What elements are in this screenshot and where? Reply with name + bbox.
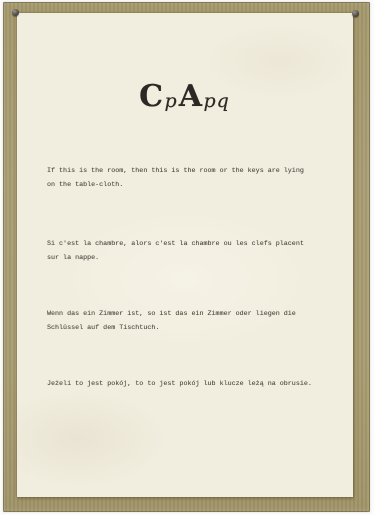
paragraph-german: Wenn das ein Zimmer ist, so ist das ein … bbox=[47, 307, 337, 335]
paragraph-german-line2: Schlüssel auf dem Tischtuch. bbox=[47, 321, 337, 335]
pin-top-right bbox=[352, 10, 359, 17]
title-letters-pq: pq bbox=[204, 90, 230, 112]
paragraph-english-line2: on the table-cloth. bbox=[47, 178, 337, 192]
pin-top-left bbox=[12, 9, 19, 16]
paragraph-french-line2: sur la nappe. bbox=[47, 251, 337, 265]
title-letter-p1: p bbox=[165, 90, 178, 112]
paragraph-english-line1: If this is the room, then this is the ro… bbox=[47, 164, 337, 178]
paragraph-french: Si c'est la chambre, alors c'est la cham… bbox=[47, 237, 337, 265]
paragraph-polish: Jeżeli to jest pokój, to to jest pokój l… bbox=[47, 377, 337, 391]
title-formula: CpApq bbox=[17, 79, 353, 114]
paragraph-english: If this is the room, then this is the ro… bbox=[47, 164, 337, 192]
paragraph-french-line1: Si c'est la chambre, alors c'est la cham… bbox=[47, 237, 337, 251]
cardboard-mount: CpApq If this is the room, then this is … bbox=[3, 2, 370, 512]
typewritten-sheet: CpApq If this is the room, then this is … bbox=[17, 13, 353, 497]
title-letter-c: C bbox=[139, 79, 163, 114]
paragraph-german-line1: Wenn das ein Zimmer ist, so ist das ein … bbox=[47, 307, 337, 321]
photo-background: CpApq If this is the room, then this is … bbox=[0, 0, 374, 515]
paragraph-polish-line1: Jeżeli to jest pokój, to to jest pokój l… bbox=[47, 377, 337, 391]
title-letter-a: A bbox=[179, 79, 203, 114]
